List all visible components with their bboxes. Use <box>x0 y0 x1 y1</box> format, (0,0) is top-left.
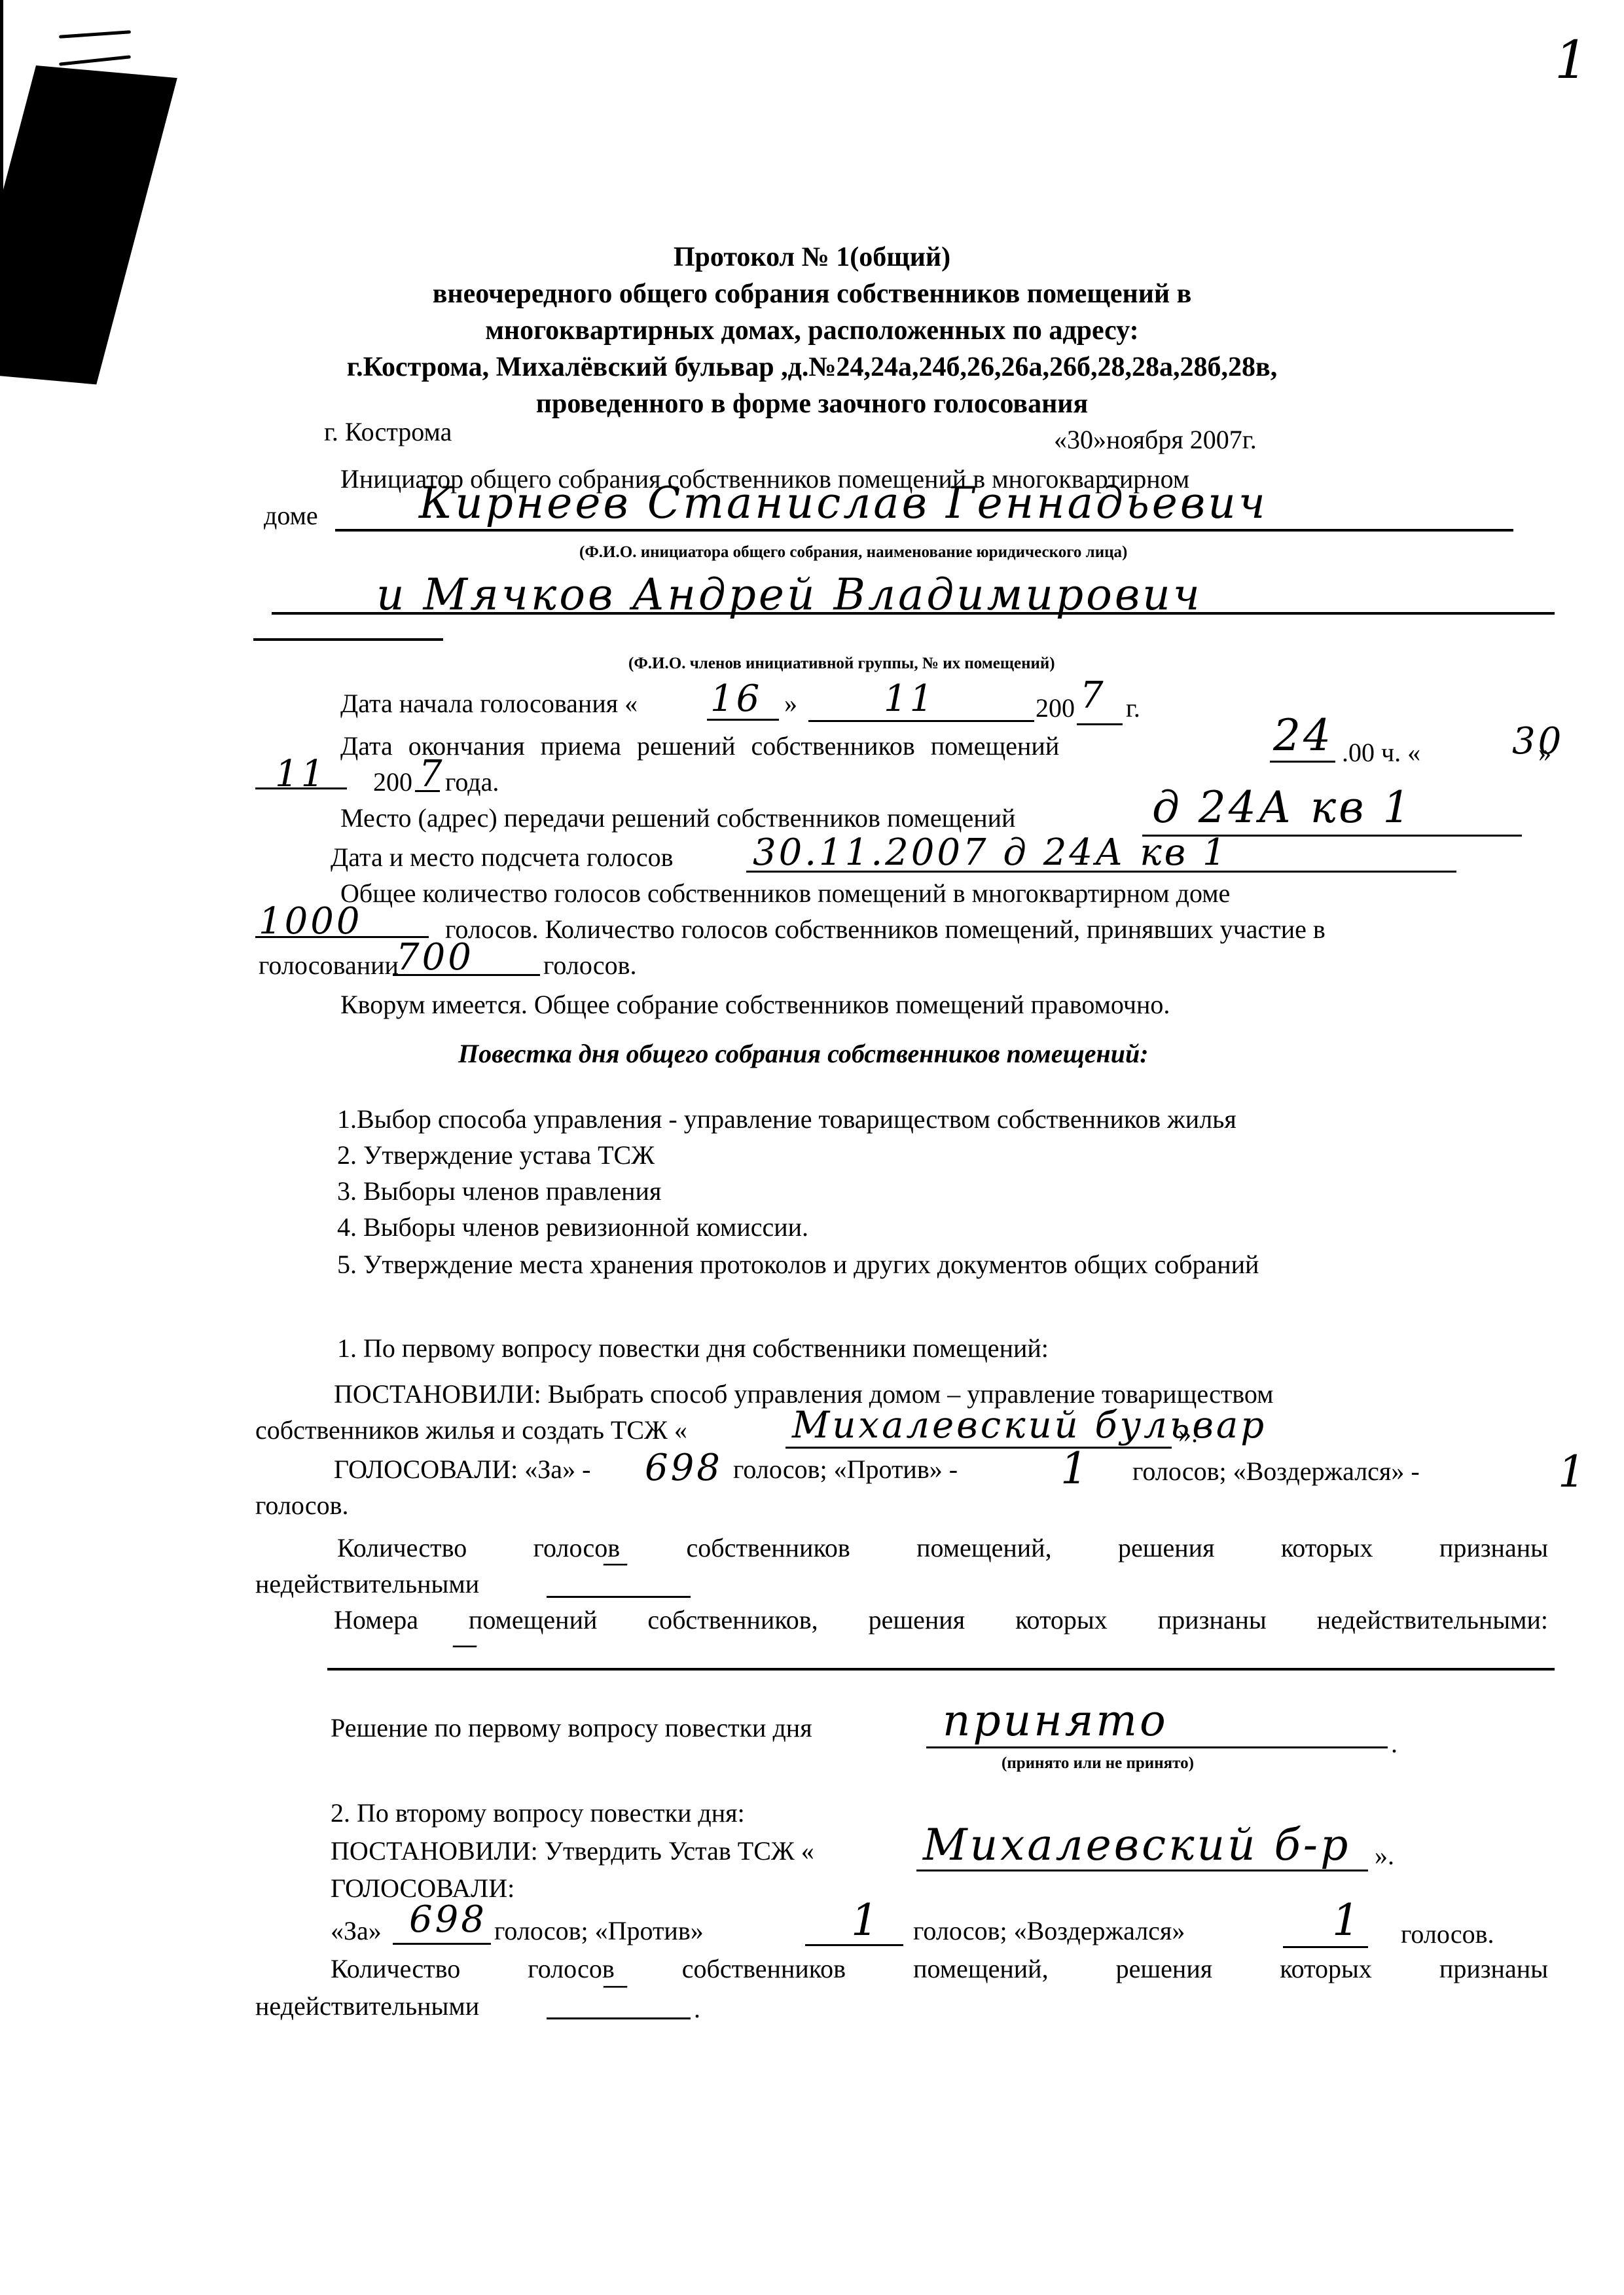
end-hour-suffix: .00 ч. « <box>1342 740 1420 766</box>
q1-invalid-count: недействительными <box>255 1571 479 1597</box>
agenda-item: 3. Выборы членов правления <box>337 1178 661 1204</box>
scan-mark <box>59 30 131 39</box>
q1-invalid-count: Количество голосов собственников помещен… <box>337 1535 1548 1561</box>
q1-invalid-count-value: — <box>602 1548 631 1578</box>
end-hour: 24 <box>1273 710 1333 761</box>
place-value: д 24А кв 1 <box>1152 782 1413 833</box>
agenda-title: Повестка дня общего собрания собственник… <box>458 1041 1149 1067</box>
q1-abstain-value: 1 <box>1558 1447 1588 1497</box>
scan-mark <box>59 55 131 65</box>
document-subtitle: внеочередного общего собрания собственни… <box>0 280 1624 308</box>
end-year-prefix: 200 <box>373 769 412 795</box>
q2-resolved-close: ». <box>1375 1843 1394 1869</box>
q2-heading: 2. По второму вопросу повестки дня: <box>331 1800 745 1826</box>
q1-invalid-rooms-value: — <box>452 1630 480 1660</box>
house-label: доме <box>264 503 318 529</box>
q2-for-suffix: голосов; «Против» <box>494 1918 704 1944</box>
q2-hoa-name: Михалевский б-р <box>923 1820 1350 1870</box>
participated-value: 700 <box>396 936 474 979</box>
end-year-digit: 7 <box>419 753 445 795</box>
q2-for-label: «За» <box>331 1918 382 1944</box>
q2-invalid-count: недействительными <box>255 1993 479 2019</box>
agenda-item: 2. Утверждение устава ТСЖ <box>337 1142 655 1168</box>
q2-invalid-dot: . <box>694 1993 700 2024</box>
count-label: Дата и место подсчета голосов <box>331 844 674 871</box>
start-month: 11 <box>884 678 935 720</box>
start-year-prefix: 200 <box>1036 695 1075 721</box>
agenda-item: 5. Утверждение места хранения протоколов… <box>337 1252 1259 1278</box>
start-day: 16 <box>710 678 762 720</box>
q1-decision-caption: (принято или не принято) <box>1001 1754 1194 1773</box>
q2-resolved: ПОСТАНОВИЛИ: Утвердить Устав ТСЖ « <box>331 1838 814 1864</box>
count-value: 30.11.2007 д 24А кв 1 <box>753 831 1229 874</box>
q1-for-suffix: голосов; «Против» - <box>733 1456 958 1483</box>
q1-resolved-close: ». <box>1178 1420 1198 1447</box>
initiator-name: Кирнеев Станислав Геннадьевич <box>419 478 1268 528</box>
q2-against-suffix: голосов; «Воздержался» <box>913 1918 1185 1944</box>
q1-invalid-rooms: Номера помещений собственников, решения … <box>334 1607 1548 1633</box>
q2-invalid-count-value: — <box>602 1970 631 2000</box>
document-subtitle: проведенного в форме заочного голосовани… <box>0 390 1624 418</box>
q2-abstain-value: 1 <box>1332 1895 1362 1945</box>
q1-resolved: ПОСТАНОВИЛИ: Выбрать способ управления д… <box>334 1381 1273 1407</box>
q1-voted-label: ГОЛОСОВАЛИ: «За» - <box>334 1456 590 1483</box>
q1-decision-label: Решение по первому вопросу повестки дня <box>331 1715 812 1741</box>
q1-against-value: 1 <box>1060 1443 1091 1494</box>
initiator-caption: (Ф.И.О. инициатора общего собрания, наим… <box>579 543 1127 562</box>
q2-for-value: 698 <box>409 1898 487 1941</box>
end-day-close: » <box>1538 740 1551 766</box>
q1-decision-value: принято <box>943 1695 1168 1746</box>
quorum-text: Кворум имеется. Общее собрание собственн… <box>340 992 1170 1018</box>
q1-resolved: собственников жилья и создать ТСЖ « <box>255 1417 687 1443</box>
q1-for-value: 698 <box>645 1447 723 1489</box>
members-caption: (Ф.И.О. членов инициативной группы, № их… <box>628 655 1055 673</box>
city: г. Кострома <box>324 419 452 445</box>
place-label: Место (адрес) передачи решений собственн… <box>340 805 1015 831</box>
q2-against-value: 1 <box>851 1895 881 1945</box>
agenda-item: 4. Выборы членов ревизионной комиссии. <box>337 1214 808 1240</box>
document-subtitle: многоквартирных домах, расположенных по … <box>0 317 1624 344</box>
q2-voted-label: ГОЛОСОВАЛИ: <box>331 1875 514 1902</box>
q1-decision-dot: . <box>1391 1728 1398 1759</box>
q1-abstain-suffix: голосов. <box>255 1492 348 1519</box>
q2-abstain-suffix: голосов. <box>1401 1921 1494 1947</box>
start-date-label: Дата начала голосования « <box>340 691 638 717</box>
start-sep: » <box>784 691 797 717</box>
total-votes-intro: Общее количество голосов собственников п… <box>340 880 1230 907</box>
agenda-item: 1.Выбор способа управления - управление … <box>337 1106 1236 1132</box>
total-votes-suffix: голосов. Количество голосов собственнико… <box>445 916 1326 943</box>
page-number: 1 <box>1555 29 1591 90</box>
participated-suffix: голосов. <box>543 952 636 979</box>
q2-invalid-count: Количество голосов собственников помещен… <box>331 1956 1548 1982</box>
start-suffix: г. <box>1126 695 1140 721</box>
document-address: г.Кострома, Михалёвский бульвар ,д.№24,2… <box>0 353 1624 381</box>
participated-label: голосовании <box>259 952 399 979</box>
end-date-label: Дата окончания приема решений собственни… <box>340 733 1059 759</box>
document-title: Протокол № 1(общий) <box>0 244 1624 271</box>
end-suffix: года. <box>445 769 499 795</box>
start-year-digit: 7 <box>1080 674 1106 717</box>
q1-heading: 1. По первому вопросу повестки дня собст… <box>337 1335 1049 1362</box>
document-date: «30»ноября 2007г. <box>1054 427 1257 453</box>
q1-against-suffix: голосов; «Воздержался» - <box>1132 1458 1420 1485</box>
